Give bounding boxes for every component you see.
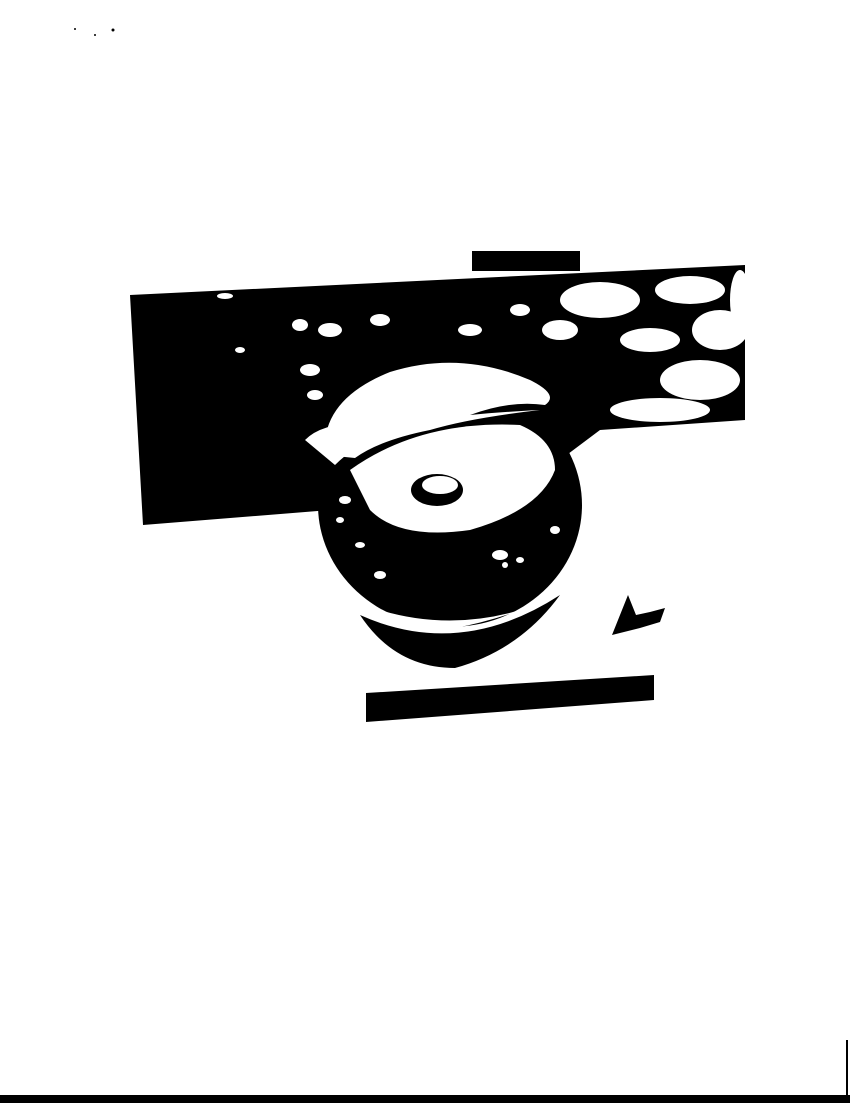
scan-right-edge xyxy=(846,1040,848,1098)
center-dimple-highlight xyxy=(422,476,458,494)
stray-mark xyxy=(112,29,115,32)
side-mark xyxy=(612,595,665,635)
stray-mark xyxy=(74,28,76,30)
bottom-bar-redaction xyxy=(366,675,654,722)
top-bar xyxy=(472,251,580,271)
scan-bottom-border xyxy=(0,1095,850,1103)
scanned-photo xyxy=(0,0,850,1103)
stray-mark xyxy=(94,34,96,36)
